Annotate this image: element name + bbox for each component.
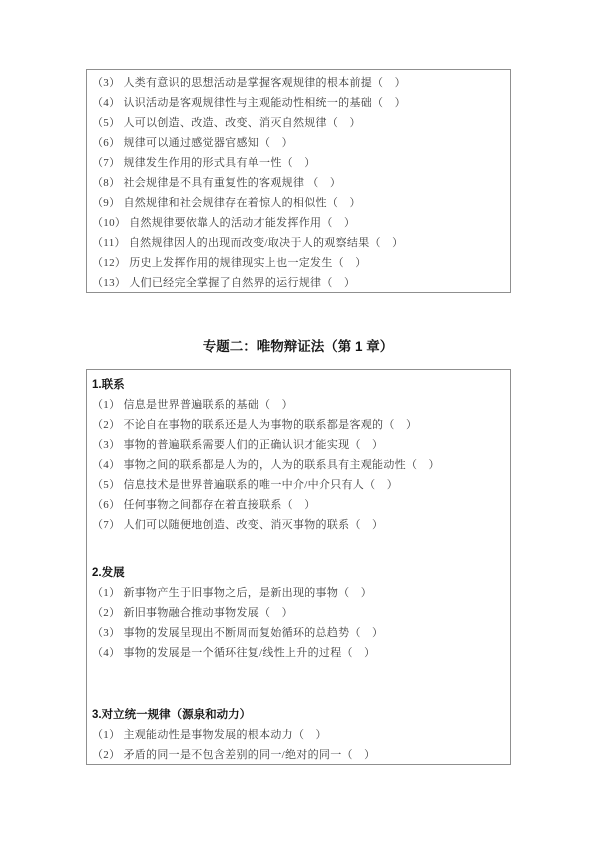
quiz-item: （4） 认识活动是客观规律性与主观能动性相统一的基础（ ）: [92, 93, 502, 113]
quiz-item: （5） 信息技术是世界普遍联系的唯一中介/中介只有人（ ）: [92, 475, 502, 495]
quiz-item: （1） 主观能动性是事物发展的根本动力（ ）: [92, 725, 502, 745]
quiz-item: （7） 人们可以随便地创造、改变、消灭事物的联系（ ）: [92, 515, 502, 535]
quiz-item: （3） 事物的发展呈现出不断周而复始循环的总趋势（ ）: [92, 623, 502, 643]
quiz-item: （3） 人类有意识的思想活动是掌握客观规律的根本前提（ ）: [92, 73, 502, 93]
quiz-item: （4） 事物之间的联系都是人为的，人为的联系具有主观能动性（ ）: [92, 455, 502, 475]
section-heading: 专题二：唯物辩证法（第 1 章）: [0, 337, 596, 357]
quiz-item: （4） 事物的发展是一个循环往复/线性上升的过程（ ）: [92, 643, 502, 663]
quiz-item: （2） 矛盾的同一是不包含差别的同一/绝对的同一（ ）: [92, 745, 502, 765]
group-title-lianxi: 1.联系: [92, 375, 502, 395]
quiz-item: （2） 不论自在事物的联系还是人为事物的联系都是客观的（ ）: [92, 415, 502, 435]
quiz-item: （6） 任何事物之间都存在着直接联系（ ）: [92, 495, 502, 515]
quiz-item: （8） 社会规律是不具有重复性的客观规律 （ ）: [92, 173, 502, 193]
group-title-duili-tongyi: 3.对立统一规律（源泉和动力）: [92, 705, 502, 725]
quiz-item: （2） 新旧事物融合推动事物发展（ ）: [92, 603, 502, 623]
quiz-box-dialectics: 1.联系 （1） 信息是世界普遍联系的基础（ ） （2） 不论自在事物的联系还是…: [86, 369, 511, 765]
quiz-item: （10） 自然规律要依靠人的活动才能发挥作用（ ）: [92, 213, 502, 233]
quiz-item: （5） 人可以创造、改造、改变、消灭自然规律（ ）: [92, 113, 502, 133]
quiz-item: （11） 自然规律因人的出现而改变/取决于人的观察结果（ ）: [92, 233, 502, 253]
quiz-item: （3） 事物的普遍联系需要人们的正确认识才能实现（ ）: [92, 435, 502, 455]
quiz-item: （7） 规律发生作用的形式具有单一性（ ）: [92, 153, 502, 173]
quiz-item: （13） 人们已经完全掌握了自然界的运行规律（ ）: [92, 273, 502, 293]
quiz-item: （12） 历史上发挥作用的规律现实上也一定发生（ ）: [92, 253, 502, 273]
quiz-item: （9） 自然规律和社会规律存在着惊人的相似性（ ）: [92, 193, 502, 213]
quiz-item: （1） 新事物产生于旧事物之后，是新出现的事物（ ）: [92, 583, 502, 603]
quiz-item: （6） 规律可以通过感觉器官感知（ ）: [92, 133, 502, 153]
document-page: （3） 人类有意识的思想活动是掌握客观规律的根本前提（ ） （4） 认识活动是客…: [0, 0, 596, 842]
quiz-item: （1） 信息是世界普遍联系的基础（ ）: [92, 395, 502, 415]
quiz-box-natural-laws: （3） 人类有意识的思想活动是掌握客观规律的根本前提（ ） （4） 认识活动是客…: [86, 69, 511, 293]
group-title-fazhan: 2.发展: [92, 563, 502, 583]
